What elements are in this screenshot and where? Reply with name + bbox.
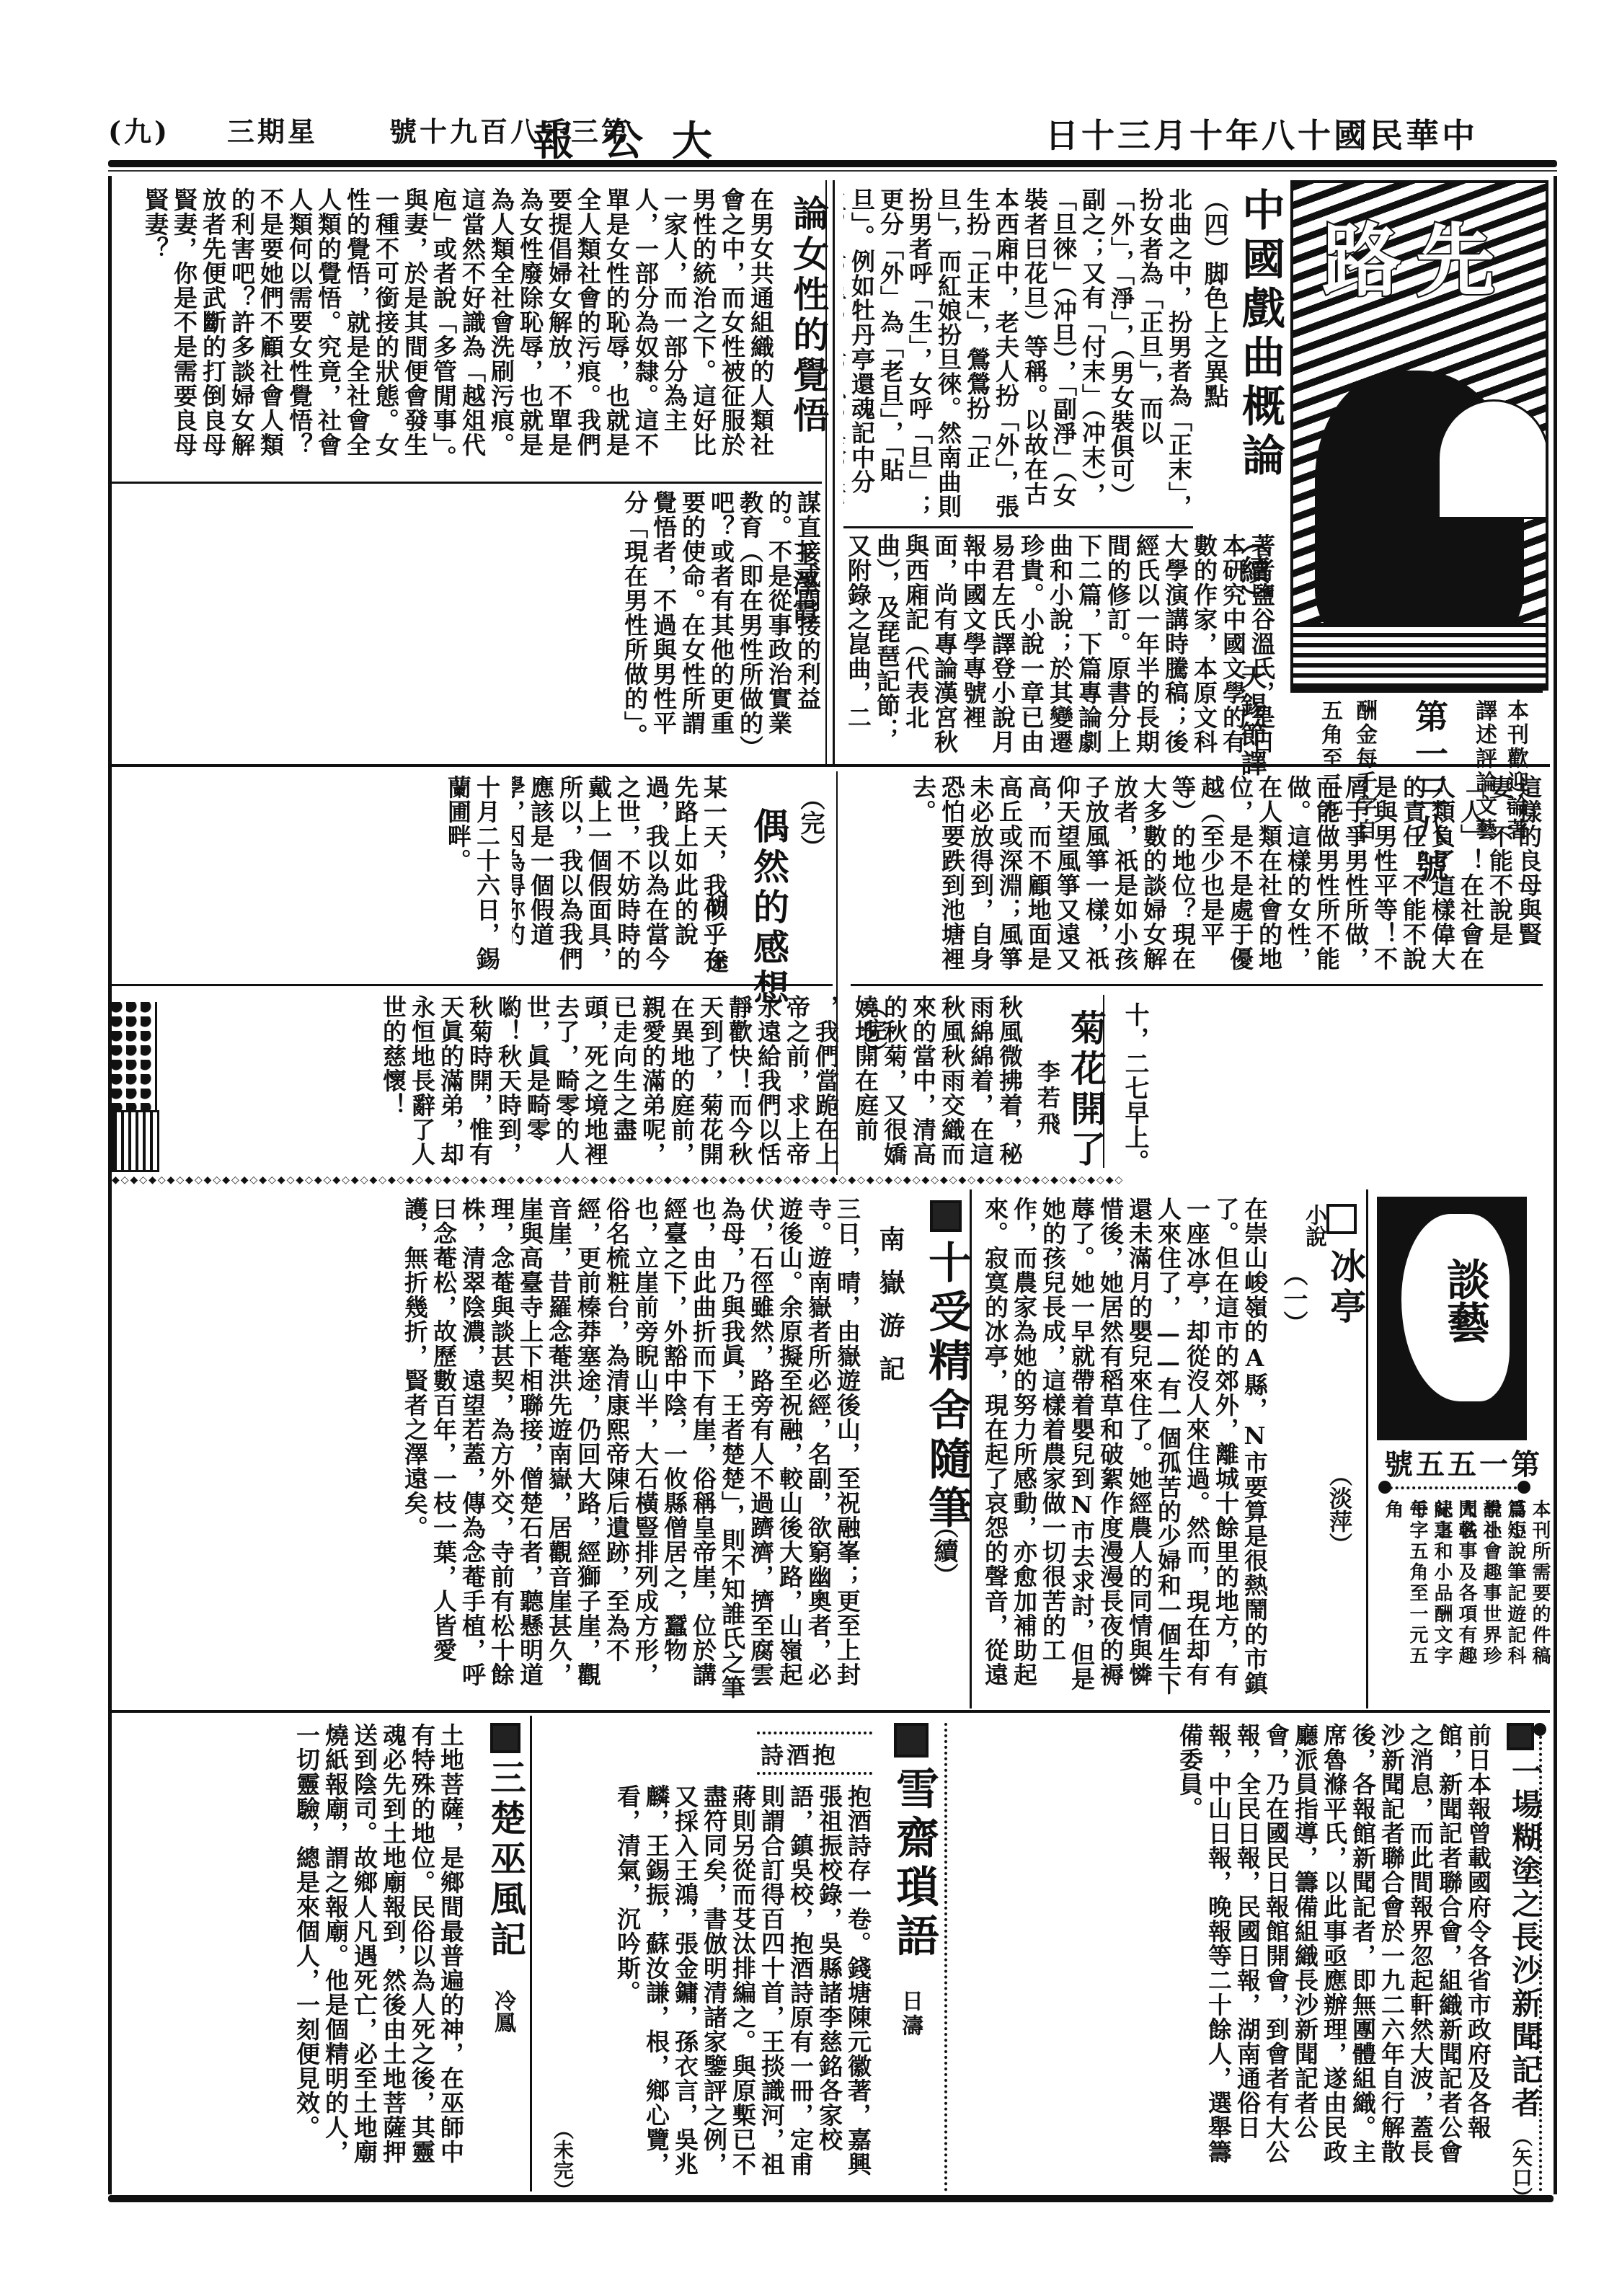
ornamental-border: ◆◇◆◇◆◇◆◇◆◇◆◇◆◇◆◇◆◇◆◇◆◇◆◇◆◇◆◇◆◇◆◇◆◇◆◇◆◇◆◇… <box>112 1175 1546 1185</box>
thoughts-title: 偶然的感想 <box>743 807 794 1009</box>
xuezhai-title: 雪齋瑣語 <box>883 1766 945 1962</box>
story-author: （淡萍） <box>1323 1463 1356 1556</box>
chrysanthemum-body-continued: ，我們當跪在上帝之前，求上帝永遠給我們以恬靜歡快！而今秋天到了，菊花開在異地的庭… <box>166 995 840 1168</box>
dot-ornament <box>1378 1481 1391 1494</box>
story-body: 在崇山峻嶺的A縣，N市要算是很熱鬧的市鎮了。但在這市的郊外，離城十餘里的地方，有… <box>980 1197 1269 1701</box>
divider <box>851 984 1543 986</box>
section-marker-icon <box>930 1200 962 1232</box>
divider <box>112 482 822 484</box>
drama-article-body: 北曲之中，扮男者為「正末」，扮女者為「正旦」，而以「外」，「淨」，（男女裝俱可）… <box>843 187 1193 519</box>
section-marker-icon <box>490 1723 520 1753</box>
chrysanthemum-title: 菊花開了 <box>1060 1009 1112 1171</box>
header-rule <box>108 160 1557 167</box>
page-header: 中華民國十八年十月三十日 大公報 第三千八百九十號 星期三 (九) <box>108 101 1557 159</box>
tanyi-title: 談藝 <box>1434 1257 1496 1344</box>
chrysanthemum-author: 李若飛 <box>1031 1060 1064 1138</box>
story-title: 冰亭 <box>1319 1247 1371 1328</box>
women-article-body-continued: 謀直接或間接的利益的。不是從事政治實業教育（即在男性所做的）吧？或者有其他的更重… <box>112 490 822 757</box>
section-marker-icon <box>1326 1204 1357 1234</box>
divider <box>843 526 1193 528</box>
newspaper-page: 中華民國十八年十月三十日 大公報 第三千八百九十號 星期三 (九) 先路 本刊歡… <box>108 101 1557 2206</box>
dot-ornament <box>1517 1481 1530 1494</box>
chrysanthemum-body: 秋風微拂着，秘雨綿綿着，在這秋風秋雨交織而來的當中，清高的秋菊，又很嬌嬈地開在庭… <box>851 995 1024 1168</box>
section-marker-icon <box>1507 1723 1534 1750</box>
essay-shoujingshe-cont: （續） <box>926 1514 962 1587</box>
section-divider <box>108 764 1550 767</box>
header-issue-no: 第三千八百九十號 <box>389 110 631 149</box>
tanyi-notice-line: 千字五角至一元五角 <box>1381 1499 1430 1680</box>
dotted-rule <box>757 1772 872 1775</box>
xuezhai-end-mark: （未完） <box>548 2119 577 2200</box>
women-article-body-final: 這樣的良母與賢妻，不能不說是「人」！在社會在人類負了這樣偉大的責任，不能不說是與… <box>851 775 1543 980</box>
changsha-news-title: 一場糊塗之長沙新聞記者 <box>1503 1755 1546 2120</box>
xuezhai-author: 日濤 <box>894 1990 926 2039</box>
chrysanthemum-vase-illustration <box>112 1002 155 1168</box>
woodcut-hill <box>1437 399 1548 519</box>
divider <box>112 984 833 986</box>
women-article-body: 在男女共通組織的人類社會之中，而女性被征服於男性的統治之下。這好比一家人，而一部… <box>112 187 775 476</box>
chuwu-body: 土地菩薩，是鄉間最普遍的神，在巫師中有特殊的地位。民俗以為人死之後，其靈魂必先到… <box>112 1723 465 2184</box>
story-part: （一） <box>1276 1262 1311 1335</box>
divider <box>1290 691 1543 693</box>
xianlu-title: 先路 <box>1322 198 1510 311</box>
header-date: 中華民國十八年十月三十日 <box>1045 110 1478 157</box>
drama-date-note: 十月二十六日，錫蘭圃畔。 <box>112 775 501 980</box>
header-page-no: (九) <box>108 110 170 149</box>
dotted-rule <box>1384 1486 1528 1489</box>
essay-shoujingshe-title: 十受精舍隨筆 <box>916 1240 978 1534</box>
story-label: 小說 <box>1298 1204 1329 1247</box>
woodcut-ground <box>1293 623 1546 688</box>
xianlu-masthead: 先路 <box>1290 180 1548 691</box>
chuwu-author: 冷鳳 <box>487 1990 518 2033</box>
xuezhai-box-heading: 抱酒詩 <box>761 1737 838 1770</box>
header-weekday: 星期三 <box>227 110 318 149</box>
tanyi-masthead: 談藝 <box>1377 1197 1527 1440</box>
chuwu-title: 三楚巫風記 <box>479 1759 531 1961</box>
dotted-rule <box>757 1732 872 1734</box>
xuezhai-body: 抱酒詩存一卷。錢塘陳元徽著，嘉興張祖振校錄，吳縣諸李慈銘各家校語，鎮吳校，抱酒詩… <box>541 1784 872 2188</box>
thoughts-body: 某一天，我似乎在先路上如此的說過，我以為在當今之世，不妨時時的戴上一個假面具，所… <box>512 775 728 980</box>
changsha-news-body: 前日本報曾載國府令各省市政府及各報館，新聞記者聯合會，組織新聞記者公會之消息，而… <box>959 1723 1492 2184</box>
women-article-title: 論女性的覺悟 <box>782 195 834 437</box>
header-rule-thin <box>108 170 1557 172</box>
section-divider <box>108 1710 1550 1713</box>
page-bottom-rule <box>108 2195 1554 2202</box>
dot-ornament <box>1533 1723 1546 1736</box>
drama-article-afterword: 著者鹽谷溫氏，是日本研究中國文學的有數的作家，本原文科大學演講時騰稿；後經氏以一… <box>843 533 1276 757</box>
essay-shoujingshe-body: 三日，晴，由嶽遊後山，至祝融峯；更至上封寺。遊南嶽者所必經，名副，欲窮幽奧者，必… <box>112 1197 861 1701</box>
essay-shoujingshe-subtitle: 南嶽游記 <box>872 1225 909 1399</box>
drama-section-heading: （四）脚色上之異點 <box>1197 187 1232 408</box>
chrysanthemum-date-note: 十，二七早上。 <box>1117 1002 1153 1174</box>
section-marker-icon <box>894 1723 929 1758</box>
tanyi-issue: 第一五五號 <box>1384 1442 1543 1483</box>
drama-article-title: 中國戲曲概論 <box>1229 187 1291 482</box>
drama-end-mark: （完） <box>793 786 828 859</box>
